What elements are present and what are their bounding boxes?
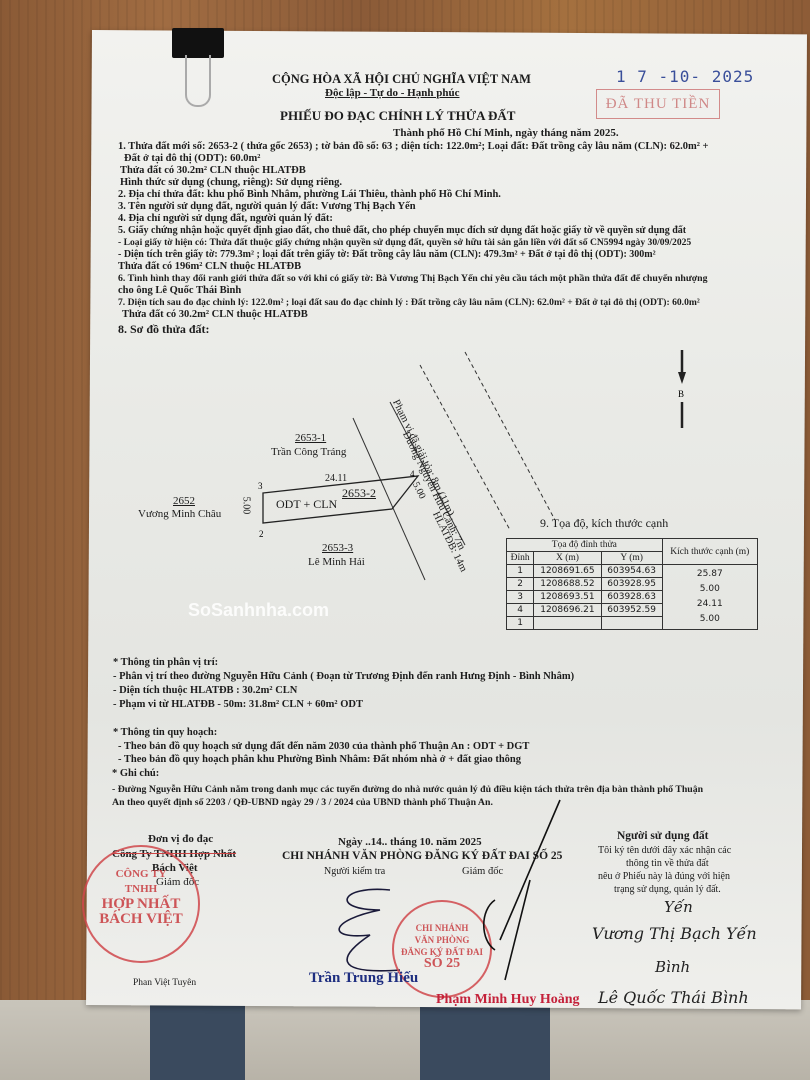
edge-header: Kích thước cạnh (m) (662, 539, 757, 565)
y-header: Y (m) (601, 552, 662, 565)
x-header: X (m) (534, 552, 601, 565)
location-info-line: - Phạm vi từ HLATĐB - 50m: 31.8m² CLN + … (113, 698, 363, 711)
land-user-statement: nêu ở Phiếu này là đúng với hiện (598, 871, 730, 882)
notes-line: An theo quyết định số 2203 / QĐ-UBND ngà… (112, 796, 493, 809)
svg-text:2: 2 (259, 529, 264, 539)
edge-left-length: 5.00 (240, 497, 251, 515)
surveyor-title: Đơn vị đo đạc (148, 833, 213, 845)
notes-title: * Ghi chú: (112, 767, 159, 780)
planning-info-line: - Theo bản đồ quy hoạch sử dụng đất đến … (118, 740, 529, 753)
parcel-2652-id: 2652 (173, 495, 195, 507)
director-signature (440, 790, 580, 990)
surveyor-red-seal: CÔNG TY TNHH HỢP NHẤT BÁCH VIỆT (82, 845, 200, 963)
checker-name: Trần Trung Hiếu (309, 970, 418, 987)
notes-line: - Đường Nguyễn Hữu Cảnh nằm trong danh m… (112, 783, 703, 796)
watermark-logo: SoSanhnha.com (188, 600, 329, 621)
svg-text:4: 4 (410, 469, 415, 479)
surveyor-name: Phan Việt Tuyên (133, 978, 196, 988)
buyer-signature: Bình (655, 958, 690, 976)
planning-info-title: * Thông tin quy hoạch: (113, 726, 217, 739)
land-user-signature: Yến (664, 898, 693, 916)
checker-role: Người kiểm tra (324, 866, 385, 877)
parcel-2653-3-owner: Lê Minh Hải (308, 556, 365, 568)
svg-text:3: 3 (258, 481, 263, 491)
edge-top-length: 24.11 (325, 473, 347, 484)
parcel-2652-owner: Vương Minh Châu (138, 508, 221, 520)
vertex-header: Đỉnh (507, 552, 534, 565)
subject-parcel-id: 2653-2 (342, 486, 376, 501)
north-label: B (678, 389, 684, 399)
location-info-title: * Thông tin phân vị trí: (113, 656, 218, 669)
planning-info-line: - Theo bản đồ quy hoạch phân khu Phường … (118, 753, 521, 766)
land-user-statement: Tôi ký tên dưới đây xác nhận các (598, 845, 731, 856)
parcel-2653-3-id: 2653-3 (322, 542, 353, 554)
buyer-handwritten-name: Lê Quốc Thái Bình (598, 988, 749, 1007)
land-user-title: Người sử dụng đất (617, 830, 708, 842)
subject-parcel-type: ODT + CLN (276, 497, 337, 512)
coordinates-table: Tọa độ đỉnh thửa Kích thước cạnh (m) Đỉn… (506, 538, 758, 630)
group-header: Tọa độ đỉnh thửa (507, 539, 663, 552)
parcel-2653-1-id: 2653-1 (295, 432, 326, 444)
land-user-statement: trạng sử dụng, quản lý đất. (614, 884, 721, 895)
location-info-line: - Phân vị trí theo đường Nguyễn Hữu Cảnh… (113, 670, 574, 683)
parcel-2653-1-owner: Trần Công Tráng (271, 446, 346, 458)
location-info-line: - Diện tích thuộc HLATĐB : 30.2m² CLN (113, 684, 297, 697)
land-user-statement: thông tin về thửa đất (626, 858, 709, 869)
table-row: 1 1208691.65 603954.63 25.87 5.00 24.11 … (507, 565, 758, 578)
director-name: Phạm Minh Huy Hoàng (436, 992, 580, 1008)
section-9-title: 9. Tọa độ, kích thước cạnh (540, 516, 668, 531)
land-user-handwritten-name: Vương Thị Bạch Yến (592, 924, 757, 943)
